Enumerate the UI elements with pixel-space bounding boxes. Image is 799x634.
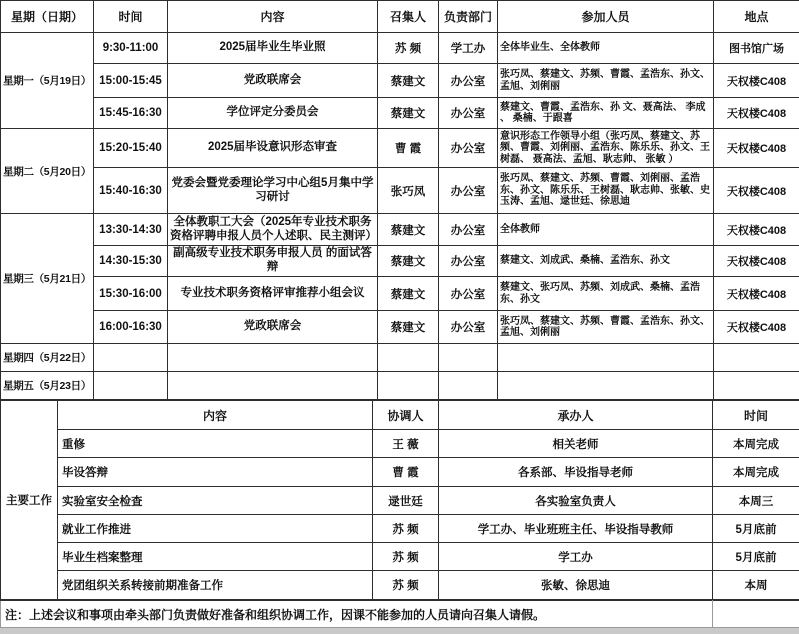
content-cell: 学位评定分委员会 [168, 98, 378, 129]
undertaker-cell: 学工办、毕业班班主任、毕设指导教师 [439, 515, 713, 543]
coordinator-cell: 苏 频 [373, 571, 439, 600]
task-time-cell: 本周三 [713, 487, 799, 515]
tasks-group-cell: 主要工作 [1, 401, 58, 600]
convener-cell: 蔡建文 [378, 214, 439, 246]
header-dept: 负责部门 [439, 1, 498, 33]
header-convener: 召集人 [378, 1, 439, 33]
content-cell: 副高级专业技术职务申报人员 的面试答辩 [168, 246, 378, 277]
time-cell: 15:20-15:40 [94, 129, 168, 168]
convener-cell: 曹 霞 [378, 129, 439, 168]
header-participants: 参加人员 [498, 1, 714, 33]
weekly-schedule-table: 星期（日期） 时间 内容 召集人 负责部门 参加人员 地点 星期一（5月19日）… [0, 0, 799, 400]
dept-cell: 办公室 [439, 246, 498, 277]
schedule-row: 15:00-15:45 党政联席会 蔡建文 办公室 张巧凤、蔡建文、苏频、曹霞、… [1, 64, 799, 98]
time-cell: 15:00-15:45 [94, 64, 168, 98]
coordinator-cell: 曹 霞 [373, 458, 439, 487]
header-undertaker: 承办人 [439, 401, 713, 430]
task-row: 重修 王 薇 相关老师 本周完成 [1, 430, 799, 458]
time-cell: 15:40-16:30 [94, 168, 168, 214]
participants-cell: 蔡建文、曹霞、孟浩东、孙 文、聂高法、 李成 、 桑楠、于跟喜 [498, 98, 714, 129]
participants-cell: 张巧凤、蔡建文、苏频、曹霞、孟浩东、孙文、孟旭、刘俐丽 [498, 64, 714, 98]
footnote-row: 注：上述会议和事项由牵头部门负责做好准备和组织协调工作，因课不能参加的人员请向召… [0, 600, 799, 628]
task-time-cell: 5月底前 [713, 543, 799, 571]
location-cell: 天权楼C408 [714, 277, 799, 311]
schedule-row: 15:45-16:30 学位评定分委员会 蔡建文 办公室 蔡建文、曹霞、孟浩东、… [1, 98, 799, 129]
location-cell: 图书馆广场 [714, 33, 799, 64]
header-task-content: 内容 [58, 401, 373, 430]
location-cell: 天权楼C408 [714, 98, 799, 129]
coordinator-cell: 逯世廷 [373, 487, 439, 515]
main-tasks-table: 主要工作 内容 协调人 承办人 时间 重修 王 薇 相关老师 本周完成 毕设答辩… [0, 400, 799, 600]
day-cell-tuesday: 星期二（5月20日） [1, 129, 94, 214]
content-cell: 党政联席会 [168, 64, 378, 98]
task-time-cell: 本周 [713, 571, 799, 600]
task-row: 党团组织关系转接前期准备工作 苏 频 张敏、徐思迪 本周 [1, 571, 799, 600]
schedule-row: 16:00-16:30 党政联席会 蔡建文 办公室 张巧凤、蔡建文、苏频、曹霞、… [1, 311, 799, 344]
schedule-header-row: 星期（日期） 时间 内容 召集人 负责部门 参加人员 地点 [1, 1, 799, 33]
task-content-cell: 实验室安全检查 [58, 487, 373, 515]
header-location: 地点 [714, 1, 799, 33]
empty-cell [94, 372, 168, 400]
time-cell: 14:30-15:30 [94, 246, 168, 277]
dept-cell: 办公室 [439, 98, 498, 129]
dept-cell: 办公室 [439, 168, 498, 214]
empty-cell [168, 344, 378, 372]
empty-cell [498, 344, 714, 372]
dept-cell: 办公室 [439, 311, 498, 344]
content-cell: 党政联席会 [168, 311, 378, 344]
dept-cell: 办公室 [439, 64, 498, 98]
header-task-time: 时间 [713, 401, 799, 430]
schedule-sheet: 星期（日期） 时间 内容 召集人 负责部门 参加人员 地点 星期一（5月19日）… [0, 0, 799, 634]
time-cell: 9:30-11:00 [94, 33, 168, 64]
tasks-header-row: 主要工作 内容 协调人 承办人 时间 [1, 401, 799, 430]
day-cell-friday: 星期五（5月23日） [1, 372, 94, 400]
undertaker-cell: 学工办 [439, 543, 713, 571]
undertaker-cell: 张敏、徐思迪 [439, 571, 713, 600]
task-time-cell: 本周完成 [713, 458, 799, 487]
content-cell: 专业技术职务资格评审推荐小组会议 [168, 277, 378, 311]
coordinator-cell: 苏 频 [373, 543, 439, 571]
empty-cell [439, 372, 498, 400]
task-content-cell: 就业工作推进 [58, 515, 373, 543]
participants-cell: 全体教师 [498, 214, 714, 246]
coordinator-cell: 王 薇 [373, 430, 439, 458]
header-coordinator: 协调人 [373, 401, 439, 430]
schedule-row: 星期一（5月19日） 9:30-11:00 2025届毕业生毕业照 苏 频 学工… [1, 33, 799, 64]
header-day: 星期（日期） [1, 1, 94, 33]
location-cell: 天权楼C408 [714, 311, 799, 344]
participants-cell: 蔡建文、张巧凤、苏频、刘成武、桑楠、孟浩东、孙文 [498, 277, 714, 311]
schedule-row: 星期二（5月20日） 15:20-15:40 2025届毕设意识形态审查 曹 霞… [1, 129, 799, 168]
day-cell-thursday: 星期四（5月22日） [1, 344, 94, 372]
footnote-text: 注：上述会议和事项由牵头部门负责做好准备和组织协调工作，因课不能参加的人员请向召… [1, 601, 713, 628]
participants-cell: 意识形态工作领导小组（张巧凤、蔡建文、苏频、曹霞、刘俐丽、孟浩东、陈乐乐、孙文、… [498, 129, 714, 168]
content-cell: 全体教职工大会（2025年专业技术职务资格评聘申报人员个人述职、民主测评） [168, 214, 378, 246]
task-time-cell: 5月底前 [713, 515, 799, 543]
empty-cell [713, 601, 799, 628]
empty-cell [498, 372, 714, 400]
header-content: 内容 [168, 1, 378, 33]
location-cell: 天权楼C408 [714, 64, 799, 98]
schedule-row: 15:30-16:00 专业技术职务资格评审推荐小组会议 蔡建文 办公室 蔡建文… [1, 277, 799, 311]
empty-cell [714, 372, 799, 400]
task-time-cell: 本周完成 [713, 430, 799, 458]
empty-cell [439, 344, 498, 372]
undertaker-cell: 各系部、毕设指导老师 [439, 458, 713, 487]
convener-cell: 蔡建文 [378, 311, 439, 344]
dept-cell: 学工办 [439, 33, 498, 64]
day-cell-wednesday: 星期三（5月21日） [1, 214, 94, 344]
convener-cell: 苏 频 [378, 33, 439, 64]
content-cell: 党委会暨党委理论学习中心组5月集中学习研讨 [168, 168, 378, 214]
day-cell-monday: 星期一（5月19日） [1, 33, 94, 129]
schedule-row: 14:30-15:30 副高级专业技术职务申报人员 的面试答辩 蔡建文 办公室 … [1, 246, 799, 277]
empty-cell [168, 372, 378, 400]
task-row: 实验室安全检查 逯世廷 各实验室负责人 本周三 [1, 487, 799, 515]
participants-cell: 蔡建文、刘成武、桑楠、孟浩东、孙文 [498, 246, 714, 277]
header-time: 时间 [94, 1, 168, 33]
task-row: 毕设答辩 曹 霞 各系部、毕设指导老师 本周完成 [1, 458, 799, 487]
convener-cell: 蔡建文 [378, 64, 439, 98]
schedule-row-empty: 星期四（5月22日） [1, 344, 799, 372]
convener-cell: 蔡建文 [378, 98, 439, 129]
schedule-row: 15:40-16:30 党委会暨党委理论学习中心组5月集中学习研讨 张巧凤 办公… [1, 168, 799, 214]
time-cell: 16:00-16:30 [94, 311, 168, 344]
location-cell: 天权楼C408 [714, 246, 799, 277]
location-cell: 天权楼C408 [714, 214, 799, 246]
schedule-row-empty: 星期五（5月23日） [1, 372, 799, 400]
empty-cell [378, 344, 439, 372]
undertaker-cell: 各实验室负责人 [439, 487, 713, 515]
dept-cell: 办公室 [439, 129, 498, 168]
coordinator-cell: 苏 频 [373, 515, 439, 543]
task-content-cell: 党团组织关系转接前期准备工作 [58, 571, 373, 600]
time-cell: 15:45-16:30 [94, 98, 168, 129]
dept-cell: 办公室 [439, 277, 498, 311]
convener-cell: 张巧凤 [378, 168, 439, 214]
task-row: 毕业生档案整理 苏 频 学工办 5月底前 [1, 543, 799, 571]
participants-cell: 张巧凤、蔡建文、苏频、曹霞、孟浩东、孙文、孟旭、刘俐丽 [498, 311, 714, 344]
dept-cell: 办公室 [439, 214, 498, 246]
location-cell: 天权楼C408 [714, 168, 799, 214]
participants-cell: 张巧凤、蔡建文、苏频、曹霞、刘俐丽、孟浩东、孙文、陈乐乐、王树磊、耿志帅、张敏、… [498, 168, 714, 214]
schedule-row: 星期三（5月21日） 13:30-14:30 全体教职工大会（2025年专业技术… [1, 214, 799, 246]
page-background-strip [0, 628, 799, 634]
convener-cell: 蔡建文 [378, 277, 439, 311]
empty-cell [94, 344, 168, 372]
content-cell: 2025届毕设意识形态审查 [168, 129, 378, 168]
content-cell: 2025届毕业生毕业照 [168, 33, 378, 64]
task-row: 就业工作推进 苏 频 学工办、毕业班班主任、毕设指导教师 5月底前 [1, 515, 799, 543]
time-cell: 15:30-16:00 [94, 277, 168, 311]
participants-cell: 全体毕业生、全体教师 [498, 33, 714, 64]
empty-cell [714, 344, 799, 372]
convener-cell: 蔡建文 [378, 246, 439, 277]
location-cell: 天权楼C408 [714, 129, 799, 168]
task-content-cell: 重修 [58, 430, 373, 458]
task-content-cell: 毕设答辩 [58, 458, 373, 487]
time-cell: 13:30-14:30 [94, 214, 168, 246]
empty-cell [378, 372, 439, 400]
task-content-cell: 毕业生档案整理 [58, 543, 373, 571]
undertaker-cell: 相关老师 [439, 430, 713, 458]
